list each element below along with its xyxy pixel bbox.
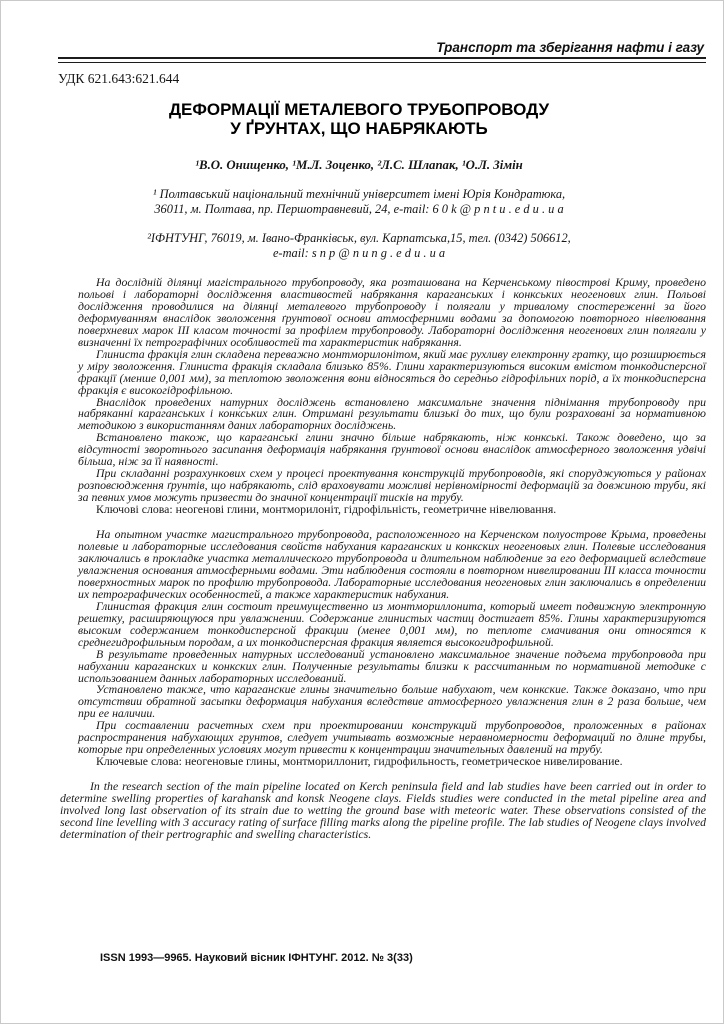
article-title-line-1: ДЕФОРМАЦІЇ МЕТАЛЕВОГО ТРУБОПРОВОДУ (58, 101, 660, 120)
keywords-ukrainian: Ключові слова: неогенові глини, монтмори… (78, 504, 706, 516)
article-title: ДЕФОРМАЦІЇ МЕТАЛЕВОГО ТРУБОПРОВОДУ У ҐРУ… (58, 101, 660, 138)
abstract-paragraph: Глиниста фракція глин складена переважно… (78, 349, 706, 397)
udc-label: УДК 621.643:621.644 (58, 71, 706, 87)
abstract-paragraph: Внаслідок проведених натурних досліджень… (78, 397, 706, 433)
abstract-paragraph: На дослідній ділянці магістрального труб… (78, 277, 706, 349)
footer-issn-line: ISSN 1993—9965. Науковий вісник ІФНТУНГ.… (100, 952, 413, 965)
abstract-paragraph: In the research section of the main pipe… (60, 781, 706, 841)
article-head-group: ДЕФОРМАЦІЇ МЕТАЛЕВОГО ТРУБОПРОВОДУ У ҐРУ… (58, 101, 660, 261)
abstract-paragraph: На опытном участке магистрального трубоп… (78, 529, 706, 601)
abstract-english: In the research section of the main pipe… (60, 781, 706, 841)
affiliation-1: ¹ Полтавський національний технічний уні… (58, 187, 660, 217)
abstract-paragraph: Глинистая фракция глин состоит преимущес… (78, 601, 706, 649)
abstract-paragraph: Установлено также, что караганские глины… (78, 684, 706, 720)
abstract-ukrainian: На дослідній ділянці магістрального труб… (78, 277, 706, 516)
abstract-paragraph: При складанні розрахункових схем у проце… (78, 468, 706, 504)
abstract-russian: На опытном участке магистрального трубоп… (78, 529, 706, 768)
abstract-paragraph: В результате проведенных натурных исслед… (78, 649, 706, 685)
abstract-paragraph: При составлении расчетных схем при проек… (78, 720, 706, 756)
running-head: Транспорт та зберігання нафти і газу (58, 40, 706, 55)
keywords-russian: Ключевые слова: неогеновые глины, монтмо… (78, 756, 706, 768)
header-rule (58, 57, 706, 63)
article-title-line-2: У ҐРУНТАХ, ЩО НАБРЯКАЮТЬ (58, 120, 660, 139)
authors-line: ¹В.О. Онищенко, ¹М.Л. Зоценко, ²Л.С. Шла… (58, 158, 660, 172)
affiliation-2-line-2: e-mail: s n p @ n u n g . e d u . u a (58, 246, 660, 261)
abstract-paragraph: Встановлено також, що караганські глини … (78, 432, 706, 468)
affiliation-2-line-1: ²ІФНТУНГ, 76019, м. Івано-Франківськ, ву… (58, 231, 660, 246)
affiliation-1-line-2: 36011, м. Полтава, пр. Першотравневий, 2… (58, 202, 660, 217)
affiliation-2: ²ІФНТУНГ, 76019, м. Івано-Франківськ, ву… (58, 231, 660, 261)
paper-page: Транспорт та зберігання нафти і газу УДК… (0, 0, 724, 1024)
affiliation-1-line-1: ¹ Полтавський національний технічний уні… (58, 187, 660, 202)
